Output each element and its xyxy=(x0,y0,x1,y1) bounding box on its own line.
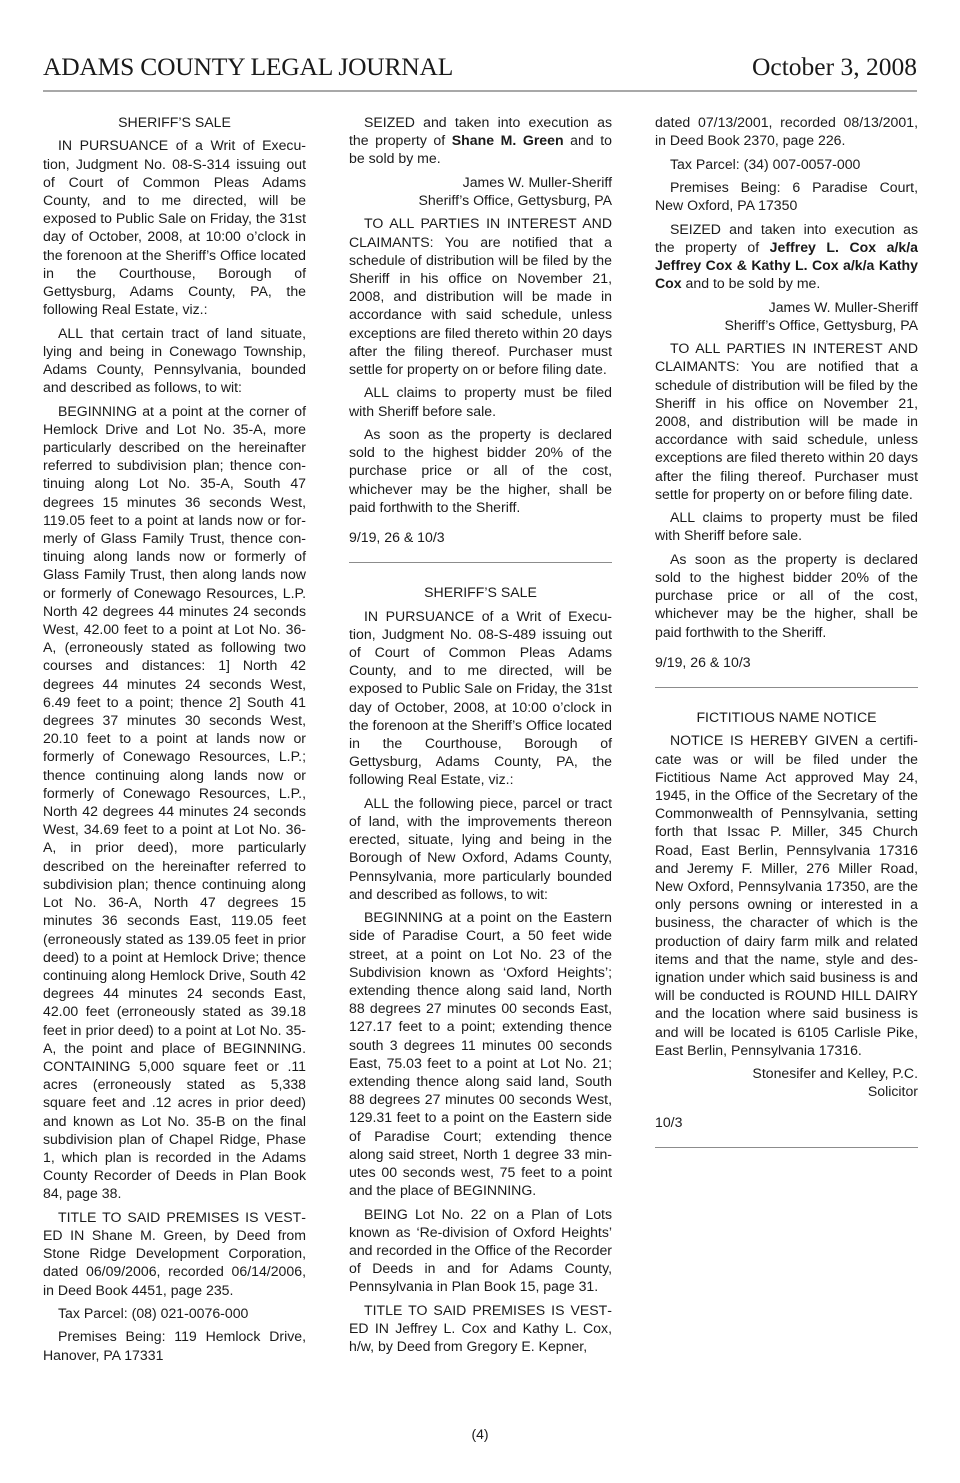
deed-continuation: dated 07/13/2001, recorded 08/13/2001, i… xyxy=(655,113,918,149)
issue-date: October 3, 2008 xyxy=(752,52,917,82)
defendant-name: Shane M. Green xyxy=(452,132,564,148)
seized-text: and to be sold by me. xyxy=(682,275,821,291)
notice-paragraph: NOTICE IS HEREBY GIVEN a certifi­cate wa… xyxy=(655,731,918,1059)
parties-notice: TO ALL PARTIES IN INTEREST AND CLAIMANTS… xyxy=(655,339,918,503)
solicitor-firm: Stonesifer and Kelley, P.C. xyxy=(655,1064,918,1082)
legal-description: BEGINNING at a point at the corner of He… xyxy=(43,402,306,1203)
payment-terms: As soon as the property is declared sold… xyxy=(349,425,612,516)
page-header: ADAMS COUNTY LEGAL JOURNAL October 3, 20… xyxy=(43,52,917,86)
notice-paragraph: IN PURSUANCE of a Writ of Execu­tion, Ju… xyxy=(43,136,306,318)
legal-description: BEGINNING at a point on the Eastern side… xyxy=(349,908,612,1199)
notice-heading: SHERIFF’S SALE xyxy=(43,113,306,131)
notice-heading: FICTITIOUS NAME NOTICE xyxy=(655,708,918,726)
premises-address: Premises Being: 6 Paradise Court, New Ox… xyxy=(655,178,918,214)
column-3: dated 07/13/2001, recorded 08/13/2001, i… xyxy=(655,113,918,1168)
notice-heading: SHERIFF’S SALE xyxy=(349,583,612,601)
column-1: SHERIFF’S SALE IN PURSUANCE of a Writ of… xyxy=(43,113,306,1369)
premises-address: Premises Being: 119 Hemlock Drive, Hanov… xyxy=(43,1327,306,1363)
run-dates: 9/19, 26 & 10/3 xyxy=(655,653,918,671)
parties-notice: TO ALL PARTIES IN INTEREST AND CLAIMANTS… xyxy=(349,214,612,378)
signature-block: Stonesifer and Kelley, P.C. Solicitor xyxy=(655,1064,918,1100)
sheriff-name: James W. Muller-Sheriff xyxy=(655,298,918,316)
claims-notice: ALL claims to property must be filed wit… xyxy=(655,508,918,544)
notice-paragraph: IN PURSUANCE of a Writ of Execu­tion, Ju… xyxy=(349,607,612,789)
run-dates: 9/19, 26 & 10/3 xyxy=(349,528,612,546)
sheriff-name: James W. Muller-Sheriff xyxy=(349,173,612,191)
notice-divider xyxy=(655,1147,918,1148)
column-2: SEIZED and taken into execution as the p… xyxy=(349,113,612,1361)
notice-divider xyxy=(349,562,612,563)
solicitor-role: Solicitor xyxy=(655,1082,918,1100)
signature-block: James W. Muller-Sheriff Sheriff’s Office… xyxy=(655,298,918,334)
title-vesting: TITLE TO SAID PREMISES IS VEST­ED IN Sha… xyxy=(43,1208,306,1299)
title-vesting: TITLE TO SAID PREMISES IS VEST­ED IN Jef… xyxy=(349,1301,612,1356)
tax-parcel: Tax Parcel: (08) 021-0076-000 xyxy=(43,1304,306,1322)
header-divider xyxy=(43,90,917,92)
sheriff-office: Sheriff’s Office, Gettysburg, PA xyxy=(349,191,612,209)
payment-terms: As soon as the property is declared sold… xyxy=(655,550,918,641)
publication-title: ADAMS COUNTY LEGAL JOURNAL xyxy=(43,52,453,82)
page-number: (4) xyxy=(0,1426,960,1442)
notice-paragraph: ALL that certain tract of land situate, … xyxy=(43,324,306,397)
sheriff-office: Sheriff’s Office, Gettysburg, PA xyxy=(655,316,918,334)
run-dates: 10/3 xyxy=(655,1113,918,1131)
tax-parcel: Tax Parcel: (34) 007-0057-000 xyxy=(655,155,918,173)
claims-notice: ALL claims to property must be filed wit… xyxy=(349,383,612,419)
seized-statement: SEIZED and taken into execution as the p… xyxy=(349,113,612,168)
notice-paragraph: ALL the following piece, parcel or tract… xyxy=(349,794,612,903)
seized-statement: SEIZED and taken into execution as the p… xyxy=(655,220,918,293)
signature-block: James W. Muller-Sheriff Sheriff’s Office… xyxy=(349,173,612,209)
plan-reference: BEING Lot No. 22 on a Plan of Lots known… xyxy=(349,1205,612,1296)
notice-divider xyxy=(655,687,918,688)
